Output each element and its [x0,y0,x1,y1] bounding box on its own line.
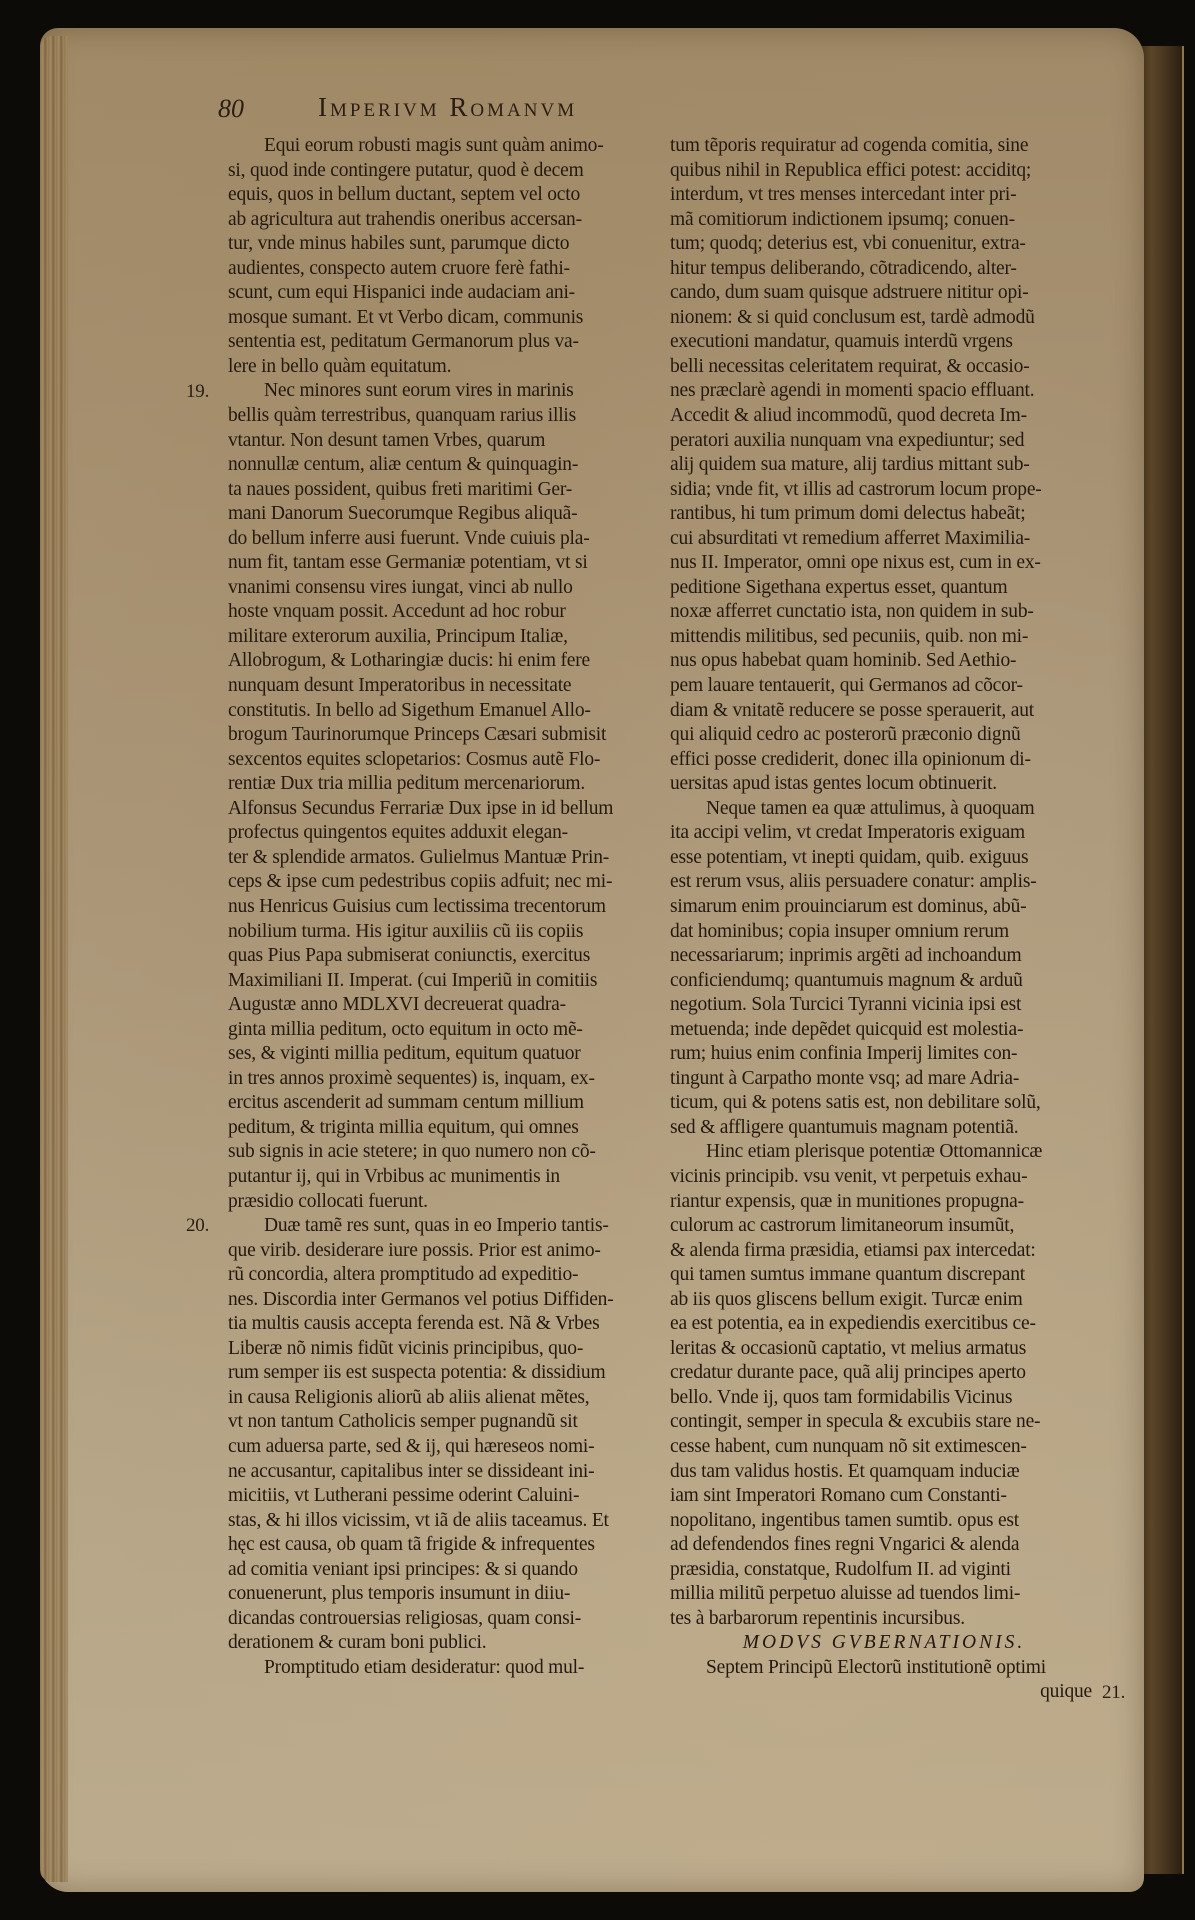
text-line: conuenerunt, plus temporis insumunt in d… [228,1582,668,1607]
text-line: Augustæ anno MDLXVI decreuerat quadra- [228,993,668,1018]
text-line: hitur tempus deliberando, cõtradicendo, … [670,257,1098,282]
text-line: num fit, tantam esse Germaniæ potentiam,… [228,551,668,576]
text-line: hęc est causa, ob quam tã frigide & infr… [228,1533,668,1558]
text-line: ab iis quos gliscens bellum exigit. Turc… [670,1288,1098,1313]
text-line: nus Henricus Guisius cum lectissima trec… [228,895,668,920]
text-line: Hinc etiam plerisque potentiæ Ottomannic… [670,1140,1098,1165]
text-line: peditione Sigethana expertus esset, quan… [670,576,1098,601]
text-line: ses, & viginti millia peditum, equitum q… [228,1042,668,1067]
text-line: nes. Discordia inter Germanos vel potius… [228,1288,668,1313]
text-line: tum; quodq; deterius est, vbi conuenitur… [670,232,1098,257]
page-number: 80 [218,94,244,124]
text-line: nus II. Imperator, omni ope nixus est, c… [670,551,1098,576]
text-line: mosque sumant. Et vt Verbo dicam, commun… [228,306,668,331]
text-line: Septem Principũ Electorũ institutionẽ op… [670,1656,1098,1681]
text-line: Liberæ nõ nimis fidũt vicinis principibu… [228,1337,668,1362]
text-line: in causa Religionis aliorũ ab aliis alie… [228,1386,668,1411]
text-line: nes præclarè agendi in momenti spacio ef… [670,379,1098,404]
text-line: cui absurditati vt remedium afferret Max… [670,527,1098,552]
text-line: rum semper iis est suspecta potentia: & … [228,1361,668,1386]
text-line: rentiæ Dux tria millia peditum mercenari… [228,772,668,797]
text-line: nus opus habebat quam hominib. Sed Aethi… [670,649,1098,674]
text-line: constitutis. In bello ad Sigethum Emanue… [228,699,668,724]
text-line: sed & affligere quantumuis magnam potent… [670,1116,1098,1141]
right-text-column: tum tẽporis requiratur ad cogenda comiti… [670,134,1098,1705]
text-line: ea est potentia, ea in expediendis exerc… [670,1312,1098,1337]
running-title: Imperivm Romanvm [318,92,577,123]
section-number: 20. [186,1214,209,1239]
text-line: conficiendumq; quantumuis magnum & arduũ [670,969,1098,994]
text-line: MODVS GVBERNATIONIS. [670,1631,1098,1656]
text-line: quique [670,1680,1098,1705]
text-line: Maximiliani II. Imperat. (cui Imperiũ in… [228,969,668,994]
text-line: si, quod inde contingere putatur, quod è… [228,159,668,184]
text-line: culorum ac castrorum limitaneorum insumũ… [670,1214,1098,1239]
text-line: dat hominibus; copia insuper omnium reru… [670,920,1098,945]
text-line: putantur ij, qui in Vrbibus ac munimenti… [228,1165,668,1190]
text-line: executioni mandatur, quamuis interdũ vrg… [670,330,1098,355]
section-number: 19. [186,380,209,405]
text-line: sub signis in acie stetere; in quo numer… [228,1140,668,1165]
text-line: mã comitiorum indictionem ipsumq; conuen… [670,208,1098,233]
text-line: esse potentiam, vt inepti quidam, quib. … [670,846,1098,871]
text-line: sexcentos equites sclopetarios: Cosmus a… [228,748,668,773]
text-line: bellis quàm terrestribus, quanquam rariu… [228,404,668,429]
text-line: audientes, conspecto autem cruore ferè f… [228,257,668,282]
text-line: militare exterorum auxilia, Principum It… [228,625,668,650]
text-line: quas Pius Papa submiserat coniunctis, ex… [228,944,668,969]
text-line: lere in bello quàm equitatum. [228,355,668,380]
text-line: belli necessitas celeritatem requirat, &… [670,355,1098,380]
text-line: rantibus, hi tum primum domi delectus ha… [670,502,1098,527]
text-line: ad comitia veniant ipsi principes: & si … [228,1558,668,1583]
text-line: tes à barbarorum repentinis incursibus. [670,1607,1098,1632]
text-line: præsidio collocati fuerunt. [228,1190,668,1215]
text-line: necessariarum; inprimis argẽti ad inchoa… [670,944,1098,969]
text-line: nonnullæ centum, aliæ centum & quinquagi… [228,453,668,478]
text-line: effici posse crediderit, donec illa opin… [670,748,1098,773]
text-line: mani Danorum Suecorumque Regibus aliquã- [228,502,668,527]
text-line: in tres annos proximè sequentes) is, inq… [228,1067,668,1092]
text-line: vicinis principib. vsu venit, vt perpetu… [670,1165,1098,1190]
text-line: est rerum vsus, aliis persuadere conatur… [670,870,1098,895]
text-line: noxæ afferret cunctatio ista, non quidem… [670,600,1098,625]
text-line: ceps & ipse cum pedestribus copiis adfui… [228,870,668,895]
text-line: alij quidem sua mature, alij tardius mit… [670,453,1098,478]
text-line: & alenda firma præsidia, etiamsi pax int… [670,1239,1098,1264]
text-line: vtantur. Non desunt tamen Vrbes, quarum [228,429,668,454]
text-line: ta naues possident, quibus freti maritim… [228,478,668,503]
text-line: mittendis militibus, sed pecuniis, quib.… [670,625,1098,650]
page-header: 80 Imperivm Romanvm [218,92,838,126]
text-line: negotium. Sola Turcici Tyranni vicinia i… [670,993,1098,1018]
text-line: do bellum inferre ausi fuerunt. Vnde cui… [228,527,668,552]
text-line: stas, & hi illos vicissim, vt iã de alii… [228,1509,668,1534]
text-line: hoste vnquam possit. Accedunt ad hoc rob… [228,600,668,625]
text-line: bello. Vnde ij, quos tam formidabilis Vi… [670,1386,1098,1411]
text-line: metuenda; inde depẽdet quicquid est mole… [670,1018,1098,1043]
text-line: sententia est, peditatum Germanorum plus… [228,330,668,355]
text-line: Duæ tamẽ res sunt, quas in eo Imperio ta… [228,1214,668,1239]
text-line: contingit, semper in specula & excubiis … [670,1410,1098,1435]
text-line: ticum, qui & potens satis est, non debil… [670,1091,1098,1116]
text-line: peditum, & triginta millia equitum, qui … [228,1116,668,1141]
text-line: que virib. desiderare iure possis. Prior… [228,1239,668,1264]
text-line: Promptitudo etiam desideratur: quod mul- [228,1656,668,1681]
text-line: equis, quos in bellum ductant, septem ve… [228,183,668,208]
text-line: ercitus ascenderit ad summam centum mill… [228,1091,668,1116]
text-line: ter & splendide armatos. Gulielmus Mantu… [228,846,668,871]
text-line: ne accusantur, capitalibus inter se diss… [228,1460,668,1485]
section-number: 21. [1102,1681,1125,1706]
text-line: leritas & occasionũ captatio, vt melius … [670,1337,1098,1362]
text-line: quibus nihil in Republica effici potest:… [670,159,1098,184]
text-line: pem lauare tentauerit, qui Germanos ad c… [670,674,1098,699]
text-line: nunquam desunt Imperatoribus in necessit… [228,674,668,699]
text-line: tingunt à Carpatho monte vsq; ad mare Ad… [670,1067,1098,1092]
text-line: scunt, cum equi Hispanici inde audaciam … [228,281,668,306]
text-line: cesse habent, cum nunquam nõ sit extimes… [670,1435,1098,1460]
text-line: micitiis, vt Lutherani pessime oderint C… [228,1484,668,1509]
text-line: millia militũ perpetuo aluisse ad tuendo… [670,1582,1098,1607]
text-line: ita accipi velim, vt credat Imperatoris … [670,821,1098,846]
text-line: vt non tantum Catholicis semper pugnandũ… [228,1410,668,1435]
text-line: qui tamen sumtus immane quantum discrepa… [670,1263,1098,1288]
text-line: simarum enim prouinciarum est dominus, a… [670,895,1098,920]
text-line: nionem: & si quid conclusum est, tardè a… [670,306,1098,331]
text-line: dicandas controuersias religiosas, quam … [228,1607,668,1632]
text-line: cando, dum suam quisque adstruere nititu… [670,281,1098,306]
text-line: nopolitano, ingentibus tamen sumtib. opu… [670,1509,1098,1534]
text-line: dus tam validus hostis. Et quamquam indu… [670,1460,1098,1485]
left-text-column: Equi eorum robusti magis sunt quàm animo… [228,134,668,1680]
text-line: vnanimi consensu vires iungat, vinci ab … [228,576,668,601]
text-line: sidia; vnde fit, vt illis ad castrorum l… [670,478,1098,503]
text-line: riantur expensis, quæ in munitiones prop… [670,1190,1098,1215]
text-line: Nec minores sunt eorum vires in marinis [228,379,668,404]
text-line: rum; huius enim confinia Imperij limites… [670,1042,1098,1067]
text-line: rũ concordia, altera promptitudo ad expe… [228,1263,668,1288]
text-line: interdum, vt tres menses intercedant int… [670,183,1098,208]
text-line: nobilium turma. His igitur auxiliis cũ i… [228,920,668,945]
text-line: uersitas apud istas gentes locum obtinue… [670,772,1098,797]
text-line: Allobrogum, & Lotharingiæ ducis: hi enim… [228,649,668,674]
text-line: Accedit & aliud incommodũ, quod decreta … [670,404,1098,429]
text-line: Alfonsus Secundus Ferrariæ Dux ipse in i… [228,797,668,822]
text-line: ginta millia peditum, octo equitum in oc… [228,1018,668,1043]
text-line: præsidia, constatque, Rudolfum II. ad vi… [670,1558,1098,1583]
text-line: profectus quingentos equites adduxit ele… [228,821,668,846]
text-line: derationem & curam boni publici. [228,1631,668,1656]
text-line: Equi eorum robusti magis sunt quàm animo… [228,134,668,159]
text-line: credatur durante pace, quã alij principe… [670,1361,1098,1386]
text-line: tum tẽporis requiratur ad cogenda comiti… [670,134,1098,159]
text-line: Neque tamen ea quæ attulimus, à quoquam [670,797,1098,822]
text-line: iam sint Imperatori Romano cum Constanti… [670,1484,1098,1509]
text-line: cum aduersa parte, sed & ij, qui hæreseo… [228,1435,668,1460]
text-line: ad defendendos fines regni Vngarici & al… [670,1533,1098,1558]
text-line: diam & vnitatẽ reducere se posse speraue… [670,699,1098,724]
text-line: peratori auxilia nunquam vna expediuntur… [670,429,1098,454]
text-line: tur, vnde minus habiles sunt, parumque d… [228,232,668,257]
text-line: ab agricultura aut trahendis oneribus ac… [228,208,668,233]
page-fore-edge [40,36,68,1882]
text-line: tia multis causis accepta ferenda est. N… [228,1312,668,1337]
adjacent-page-edge [1138,46,1184,1874]
text-line: brogum Taurinorumque Princeps Cæsari sub… [228,723,668,748]
text-line: qui aliquid cedro ac posterorũ præconio … [670,723,1098,748]
